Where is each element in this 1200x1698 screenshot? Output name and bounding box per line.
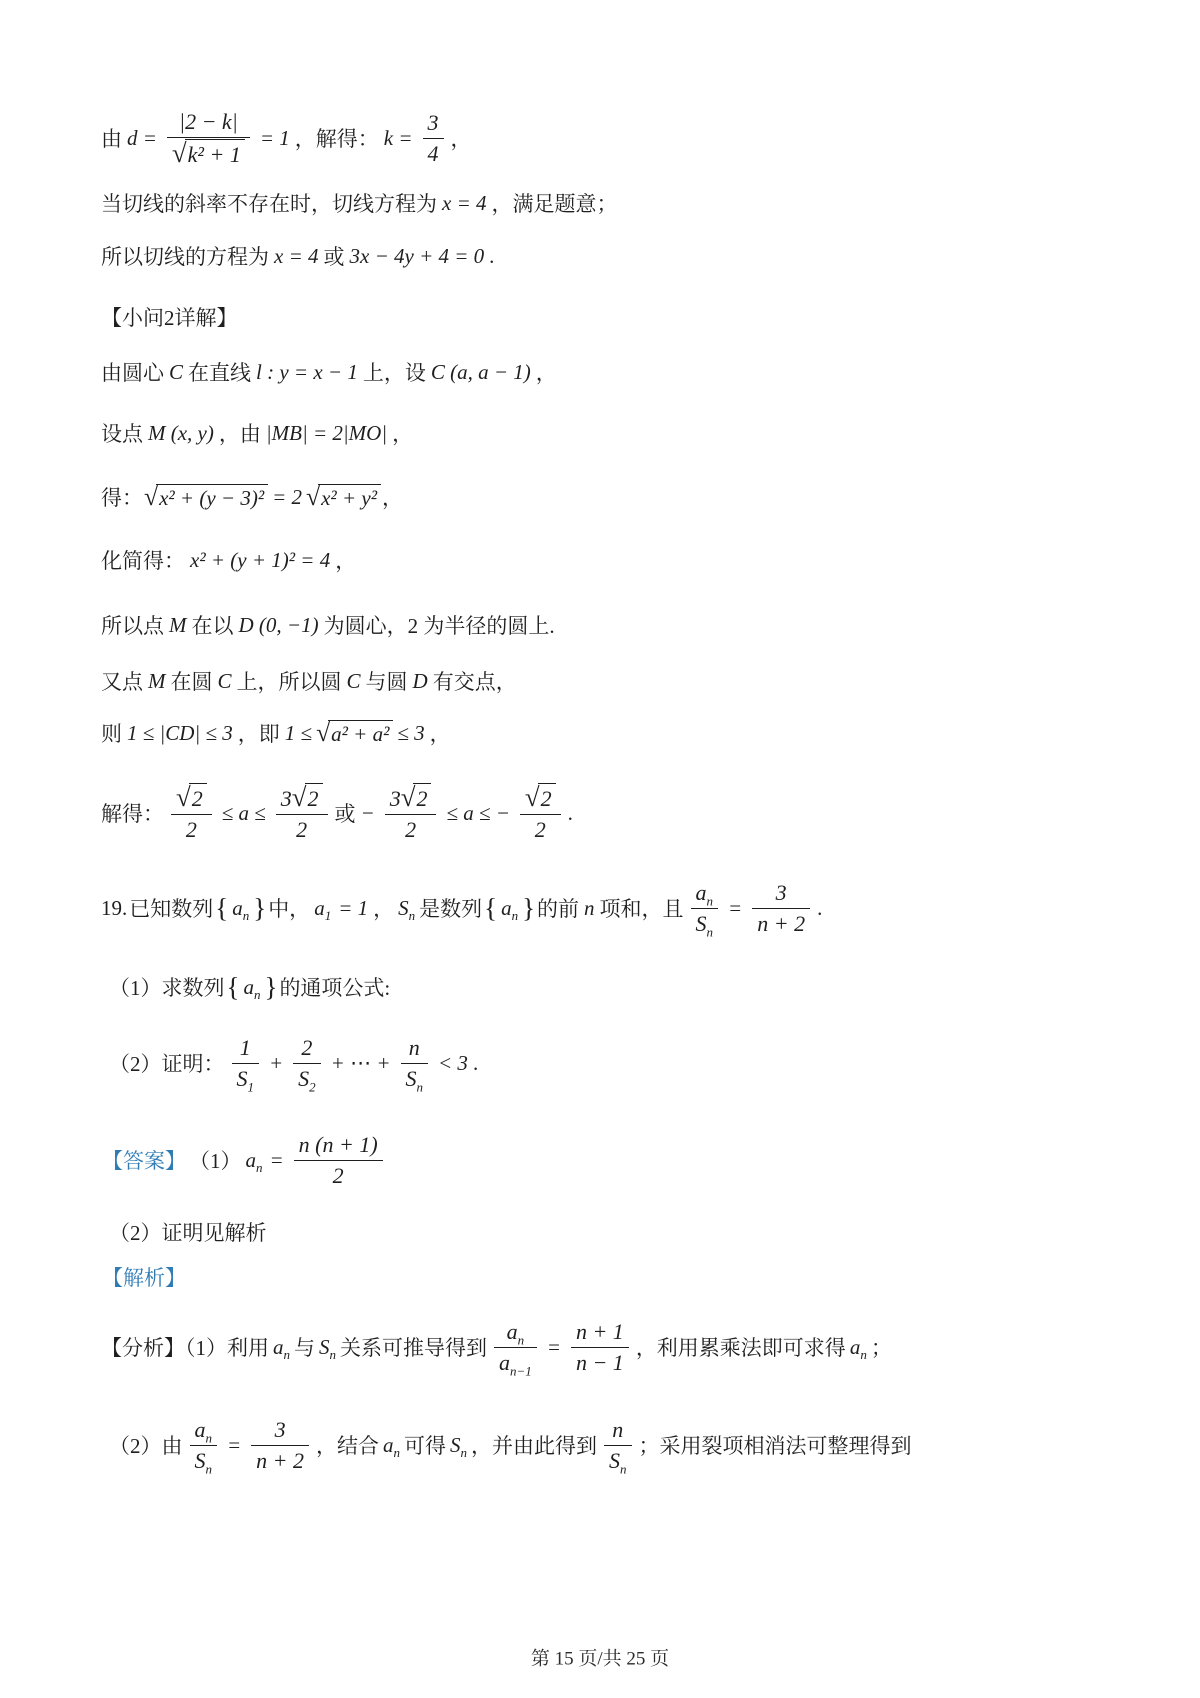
subscript: n — [206, 1430, 213, 1445]
math: C — [347, 669, 361, 694]
text: 由圆心 — [101, 357, 164, 387]
fraction-n-over-Sn: n Sn — [604, 1416, 632, 1474]
fraction-numerator: an — [494, 1318, 537, 1347]
analysis-tag: 【解析】 — [102, 1262, 186, 1292]
var: S — [450, 1433, 461, 1457]
math: 3x − 4y + 4 = 0 — [350, 244, 485, 269]
sqrt-expression: √ k² + 1 — [172, 139, 245, 169]
fraction-an-over-an-1: an an−1 — [494, 1318, 537, 1376]
fraction-denominator: 2 — [171, 814, 212, 844]
fraction-numerator: 3 — [752, 879, 810, 908]
text: 或 — [335, 798, 356, 828]
var: S — [195, 1448, 206, 1473]
subscript: n−1 — [510, 1363, 532, 1378]
coefficient: 3 — [390, 786, 401, 811]
fraction-numerator: n — [401, 1034, 429, 1063]
sqrt-radicand: a² + a² — [328, 720, 393, 747]
paragraph-tangent-conclusion: 所以切线的方程为 x = 4 或 3x − 4y + 4 = 0 . — [100, 241, 495, 271]
fraction-numerator: n + 1 — [571, 1318, 629, 1347]
math-a-n: an — [501, 896, 518, 921]
text: （2）证明： — [109, 1048, 225, 1078]
fraction-numerator: √ 2 — [520, 783, 561, 814]
text: 在圆 — [171, 666, 213, 696]
text: ，结合 — [316, 1430, 379, 1460]
sqrt-radicand: k² + 1 — [185, 139, 245, 169]
text: 的通项公式: — [279, 972, 390, 1002]
subscript: n — [409, 908, 416, 923]
var: S — [298, 1066, 309, 1091]
fraction-an-over-Sn: an Sn — [691, 879, 719, 937]
sqrt-expression: √ 2 — [525, 783, 556, 813]
text: 或 — [324, 241, 345, 271]
var: a — [507, 1319, 518, 1344]
fraction-denominator: n − 1 — [571, 1347, 629, 1377]
text: . — [489, 244, 494, 269]
math: |MB| = 2|MO| — [266, 421, 387, 446]
fraction-numerator: 3 √ 2 — [385, 783, 437, 814]
math: C (a, a − 1) — [431, 360, 531, 385]
coefficient: 3 — [281, 786, 292, 811]
text: 是数列 — [419, 893, 482, 923]
text: 在以 — [192, 610, 234, 640]
left-brace: { — [227, 974, 240, 1001]
equals-sign: = — [227, 1433, 241, 1458]
text: 所以点 — [101, 610, 164, 640]
text: . — [568, 801, 573, 826]
var: a — [195, 1417, 206, 1442]
equals-sign: = — [547, 1335, 561, 1360]
text: 解得： — [101, 798, 164, 828]
sqrt-expression: √ x² + y² — [306, 484, 381, 511]
math: 1 ≤ — [285, 721, 312, 746]
plus-sign: + — [269, 1051, 283, 1076]
text: 为圆心，2 为半径的圆上. — [324, 610, 555, 640]
math: D (0, −1) — [239, 613, 319, 638]
math: k = — [384, 126, 413, 151]
analysis-part1-line: 【分析】（1）利用 an 与 Sn 关系可推导得到 an an−1 = n + … — [100, 1318, 893, 1376]
fraction-numerator: an — [190, 1416, 218, 1445]
math: l : y = x − 1 — [256, 360, 358, 385]
paragraph-point-M-condition: 设点 M (x, y) ，由 |MB| = 2|MO| ， — [100, 418, 414, 448]
fraction-denominator: 4 — [423, 138, 444, 168]
fraction-2-over-S2: 2 S2 — [293, 1034, 321, 1092]
sqrt-radicand: 2 — [538, 783, 556, 813]
text: . — [817, 896, 822, 921]
minus-sign: − — [361, 801, 375, 826]
var: a — [232, 896, 243, 920]
paragraph-vertical-tangent: 当切线的斜率不存在时，切线方程为 x = 4 ，满足题意； — [100, 188, 619, 218]
math: M (x, y) — [148, 421, 214, 446]
fraction-numerator: n — [604, 1416, 632, 1445]
fraction-three-quarters: 3 4 — [423, 109, 444, 167]
question-19-statement: 19. 已知数列 {an} 中， a1 = 1 ， Sn 是数列 {an} 的前… — [100, 879, 823, 937]
var: S — [398, 896, 409, 920]
page-footer: 第 15 页/共 25 页 — [0, 1644, 1200, 1671]
paragraph-simplified-circle: 化简得： x² + (y + 1)² = 4 ， — [100, 545, 357, 575]
text: 可得 — [404, 1430, 446, 1460]
sqrt-expression: √ x² + (y − 3)² — [144, 484, 268, 511]
text: 在直线 — [188, 357, 251, 387]
fraction-numerator: 3 — [251, 1416, 309, 1445]
var: S — [696, 911, 707, 936]
fraction-distance: |2 − k| √ k² + 1 — [167, 108, 250, 168]
subscript: 2 — [309, 1079, 316, 1094]
fraction-numerator: 3 √ 2 — [276, 783, 328, 814]
question-19-part2: （2）证明： 1 S1 + 2 S2 + ⋯ + n Sn < 3 . — [108, 1034, 479, 1092]
fraction-denominator: Sn — [401, 1063, 429, 1093]
var: a — [850, 1335, 861, 1359]
text: ， — [373, 893, 394, 923]
fraction-ratio: n + 1 n − 1 — [571, 1318, 629, 1376]
var: a — [696, 880, 707, 905]
math: x = 4 — [442, 191, 487, 216]
answer-tag: 【答案】 — [102, 1145, 186, 1175]
var: S — [406, 1066, 417, 1091]
math: x² + (y + 1)² = 4 — [190, 548, 330, 573]
text: 当切线的斜率不存在时，切线方程为 — [101, 188, 437, 218]
text: 中， — [268, 893, 310, 923]
page-number-label: 第 15 页/共 25 页 — [531, 1649, 669, 1670]
subscript: 1 — [248, 1079, 255, 1094]
text: ； — [871, 1332, 892, 1362]
paragraph-center-on-line: 由圆心 C 在直线 l : y = x − 1 上，设 C (a, a − 1)… — [100, 357, 558, 387]
math: ≤ a ≤ — [222, 801, 266, 826]
subscript: n — [256, 1160, 263, 1175]
math-a-n: an — [243, 975, 260, 1000]
analysis-part2-line: （2）由 an Sn = 3 n + 2 ，结合 an 可得 Sn ，并由此得到… — [108, 1416, 913, 1474]
math-S-n: Sn — [450, 1433, 467, 1458]
math: ≤ a ≤ − — [446, 801, 509, 826]
text: 有交点， — [433, 666, 517, 696]
subscript: n — [707, 893, 714, 908]
text: ；采用裂项相消法可整理得到 — [639, 1430, 912, 1460]
sqrt-radicand: 2 — [413, 783, 431, 813]
fraction-3-over-n-plus-2: 3 n + 2 — [752, 879, 810, 937]
text: 设点 — [101, 418, 143, 448]
math-a-n: an — [232, 896, 249, 921]
text: ， — [382, 482, 403, 512]
math: = 2 — [272, 485, 302, 510]
fraction-denominator: Sn — [691, 908, 719, 938]
text: （2）由 — [109, 1430, 183, 1460]
subscript: n — [243, 908, 250, 923]
fraction-denominator: Sn — [190, 1445, 218, 1475]
math-S-n: Sn — [398, 896, 415, 921]
fraction-3sqrt2-over-2: 3 √ 2 2 — [276, 783, 328, 843]
text: ，解得： — [295, 123, 379, 153]
math-a-n: an — [383, 1433, 400, 1458]
text: ， — [335, 545, 356, 575]
fraction-numerator: |2 − k| — [167, 108, 250, 137]
var: S — [319, 1335, 330, 1359]
fraction-denominator: 2 — [385, 814, 437, 844]
math: 1 ≤ |CD| ≤ 3 — [127, 721, 233, 746]
fraction-1-over-S1: 1 S1 — [232, 1034, 260, 1092]
fraction-3-over-n-plus-2: 3 n + 2 — [251, 1416, 309, 1474]
left-brace: { — [484, 895, 497, 922]
var: a — [383, 1433, 394, 1457]
fraction-3sqrt2-over-2: 3 √ 2 2 — [385, 783, 437, 843]
right-brace: } — [253, 895, 266, 922]
fraction-denominator: S2 — [293, 1063, 321, 1093]
text: ，满足题意； — [492, 188, 618, 218]
subscript: n — [330, 1347, 337, 1362]
fraction-an-over-Sn: an Sn — [190, 1416, 218, 1474]
fraction-numerator: 1 — [232, 1034, 260, 1063]
subquestion-2-header: 【小问2详解】 — [100, 302, 239, 332]
sqrt-radicand: x² + y² — [318, 484, 381, 511]
paragraph-tangent-distance-equation: 由 d = |2 − k| √ k² + 1 = 1 ，解得： k = 3 4 … — [100, 108, 473, 168]
sqrt-radicand: x² + (y − 3)² — [156, 484, 268, 511]
fraction-denominator: 2 — [294, 1160, 383, 1190]
math: M — [169, 613, 187, 638]
text: 由 — [101, 123, 122, 153]
text: ，由 — [219, 418, 261, 448]
math: x = 4 — [274, 244, 319, 269]
sqrt-radicand: 2 — [305, 783, 323, 813]
fraction-numerator: an — [691, 879, 719, 908]
subscript: n — [707, 924, 714, 939]
math: M — [148, 669, 166, 694]
fraction-denominator: Sn — [604, 1445, 632, 1475]
math: C — [169, 360, 183, 385]
analysis-header: 【解析】 — [100, 1262, 188, 1292]
var: a — [314, 896, 325, 920]
var: a — [499, 1350, 510, 1375]
text: 所以切线的方程为 — [101, 241, 269, 271]
fraction-numerator: 2 — [293, 1034, 321, 1063]
subscript: n — [461, 1445, 468, 1460]
ellipsis-terms: + ⋯ + — [331, 1051, 391, 1076]
text: . — [473, 1051, 478, 1076]
sqrt-expression: √ 2 — [176, 783, 207, 813]
paragraph-distance-equation: 得： √ x² + (y − 3)² = 2 √ x² + y² ， — [100, 482, 404, 512]
text: 与 — [294, 1332, 315, 1362]
text: 化简得： — [101, 545, 185, 575]
math: = 1 — [260, 126, 290, 151]
text: ， — [430, 718, 451, 748]
text: （1）求数列 — [109, 972, 225, 1002]
fraction-numerator: √ 2 — [171, 783, 212, 814]
math: = 1 — [338, 896, 368, 921]
sqrt-radicand: 2 — [189, 783, 207, 813]
fraction-sqrt2-over-2: √ 2 2 — [520, 783, 561, 843]
paragraph-CD-inequality: 则 1 ≤ |CD| ≤ 3 ，即 1 ≤ √ a² + a² ≤ 3 ， — [100, 718, 452, 748]
math: d = — [127, 126, 157, 151]
fraction-numerator: 3 — [423, 109, 444, 138]
paragraph-a-range-solution: 解得： √ 2 2 ≤ a ≤ 3 √ 2 2 或 − 3 √ 2 2 ≤ a … — [100, 783, 574, 843]
sqrt-expression: √ a² + a² — [316, 720, 393, 747]
math-a-n: an — [246, 1148, 263, 1173]
math: D — [413, 669, 428, 694]
math: < 3 — [438, 1051, 468, 1076]
text: 上，设 — [363, 357, 426, 387]
text: ，即 — [238, 718, 280, 748]
question-number: 19. — [101, 896, 127, 921]
right-brace: } — [522, 895, 535, 922]
text: ，并由此得到 — [471, 1430, 597, 1460]
section-label: 【小问2详解】 — [101, 302, 238, 332]
left-brace: { — [215, 895, 228, 922]
text: ，利用累乘法即可求得 — [636, 1332, 846, 1362]
subscript: n — [518, 1332, 525, 1347]
answer-line: 【答案】 （1） an = n (n + 1) 2 — [100, 1131, 389, 1189]
sqrt-expression: √ 2 — [401, 783, 432, 813]
question-19-part1: （1）求数列 {an} 的通项公式: — [108, 972, 391, 1002]
paragraph-circle-D: 所以点 M 在以 D (0, −1) 为圆心，2 为半径的圆上. — [100, 610, 556, 640]
text: 的前 — [537, 893, 579, 923]
math-a-n: an — [273, 1335, 290, 1360]
sqrt-expression: √ 2 — [292, 783, 323, 813]
text: （1） — [189, 1145, 242, 1175]
fraction-general-term: n (n + 1) 2 — [294, 1131, 383, 1189]
text: ， — [451, 123, 472, 153]
subscript: n — [417, 1079, 424, 1094]
var: a — [273, 1335, 284, 1359]
subscript: n — [254, 987, 261, 1002]
fraction-denominator: √ k² + 1 — [167, 137, 250, 169]
var: S — [609, 1448, 620, 1473]
text: 上，所以圆 — [237, 666, 342, 696]
fraction-denominator: 2 — [276, 814, 328, 844]
right-brace: } — [264, 974, 277, 1001]
paragraph-circles-intersect: 又点 M 在圆 C 上，所以圆 C 与圆 D 有交点， — [100, 666, 518, 696]
fraction-numerator: n (n + 1) — [294, 1131, 383, 1160]
math: ≤ 3 — [397, 721, 424, 746]
text: （2）证明见解析 — [109, 1217, 267, 1247]
math-S-n: Sn — [319, 1335, 336, 1360]
fraction-denominator: n + 2 — [752, 908, 810, 938]
subscript: n — [394, 1445, 401, 1460]
subscript: n — [284, 1347, 291, 1362]
answer-part2-line: （2）证明见解析 — [108, 1217, 268, 1247]
subscript: n — [512, 908, 519, 923]
subscript: n — [620, 1461, 627, 1476]
text: 【分析】（1）利用 — [101, 1332, 269, 1362]
var: a — [246, 1148, 257, 1172]
subscript: n — [206, 1461, 213, 1476]
fraction-denominator: S1 — [232, 1063, 260, 1093]
math: n — [584, 896, 595, 921]
fraction-denominator: an−1 — [494, 1347, 537, 1377]
fraction-denominator: n + 2 — [251, 1445, 309, 1475]
text: ， — [392, 418, 413, 448]
var: a — [501, 896, 512, 920]
var: S — [237, 1066, 248, 1091]
text: ， — [536, 357, 557, 387]
math: C — [218, 669, 232, 694]
equals-sign: = — [728, 896, 742, 921]
fraction-sqrt2-over-2: √ 2 2 — [171, 783, 212, 843]
equals-sign: = — [270, 1148, 284, 1173]
text: 与圆 — [366, 666, 408, 696]
math-a-n: an — [850, 1335, 867, 1360]
text: 已知数列 — [129, 893, 213, 923]
subscript: n — [860, 1347, 867, 1362]
text: 项和，且 — [600, 893, 684, 923]
math-solution-page: { "footer": { "page_label": "第 15 页/共 25… — [0, 0, 1200, 1698]
fraction-denominator: 2 — [520, 814, 561, 844]
subscript: 1 — [325, 908, 332, 923]
text: 得： — [101, 482, 143, 512]
math-a-1: a1 — [314, 896, 331, 921]
text: 又点 — [101, 666, 143, 696]
fraction-n-over-Sn: n Sn — [401, 1034, 429, 1092]
text: 关系可推导得到 — [340, 1332, 487, 1362]
var: a — [243, 975, 254, 999]
text: 则 — [101, 718, 122, 748]
